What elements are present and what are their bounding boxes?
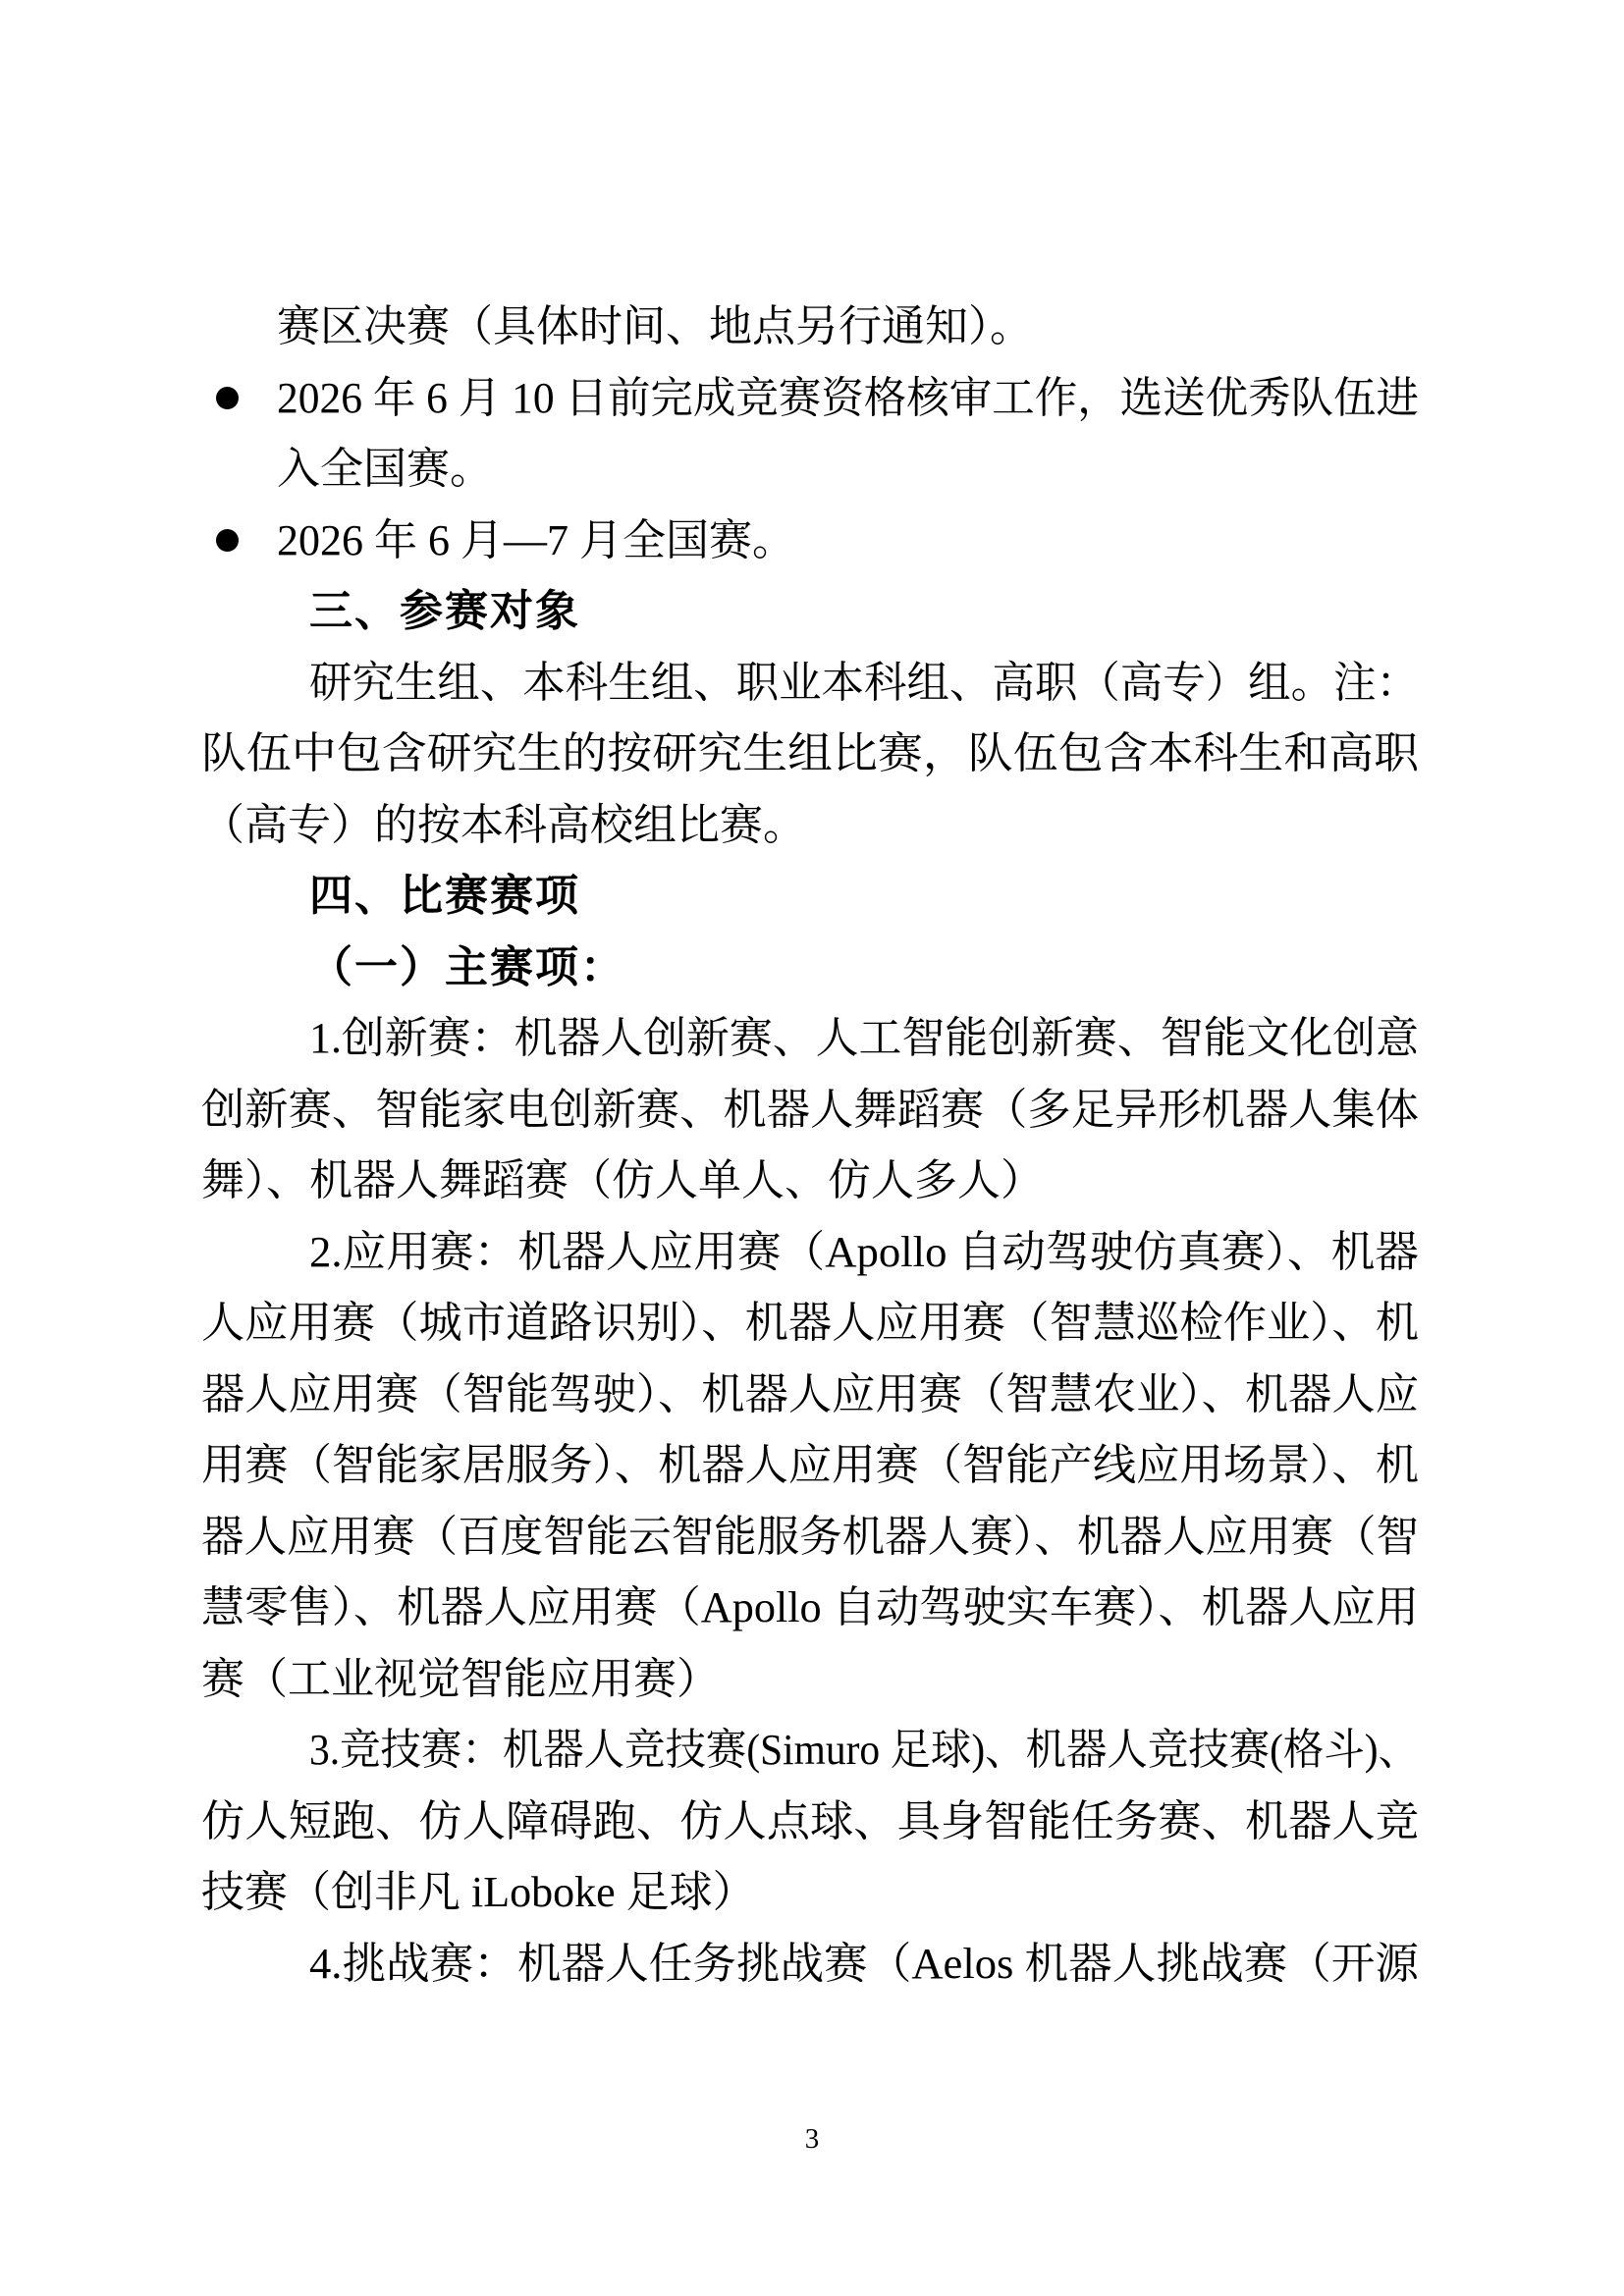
line-text: 器人应用赛（百度智能云智能服务机器人赛）、机器人应用赛（智 <box>201 1502 1419 1574</box>
line-text: 舞）、机器人舞蹈赛（仿人单人、仿人多人） <box>201 1146 1044 1217</box>
line-text: （高专）的按本科高校组比赛。 <box>201 790 806 862</box>
text-line: 舞）、机器人舞蹈赛（仿人单人、仿人多人） <box>201 1146 1419 1217</box>
document-page: 赛区决赛（具体时间、地点另行通知）。2026 年 6 月 10 日前完成竞赛资格… <box>0 0 1624 2296</box>
line-text: 四、比赛赛项 <box>309 861 580 933</box>
line-text: 2026 年 6 月 10 日前完成竞赛资格核审工作，选送优秀队伍进 <box>277 363 1419 435</box>
line-text: 用赛（智能家居服务）、机器人应用赛（智能产线应用场景）、机 <box>201 1430 1419 1502</box>
text-line: 赛（工业视觉智能应用赛） <box>201 1644 1419 1716</box>
line-text: 研究生组、本科生组、职业本科组、高职（高专）组。注： <box>309 648 1419 720</box>
document-body: 赛区决赛（具体时间、地点另行通知）。2026 年 6 月 10 日前完成竞赛资格… <box>201 292 1419 2000</box>
section-heading: （一）主赛项： <box>201 933 1419 1004</box>
text-line: 人应用赛（城市道路识别）、机器人应用赛（智慧巡检作业）、机 <box>201 1288 1419 1360</box>
line-text: 仿人短跑、仿人障碍跑、仿人点球、具身智能任务赛、机器人竞 <box>201 1787 1419 1858</box>
text-line: 器人应用赛（百度智能云智能服务机器人赛）、机器人应用赛（智 <box>201 1502 1419 1574</box>
section-heading: 三、参赛对象 <box>201 576 1419 648</box>
bullet-icon <box>216 529 239 552</box>
line-text: 三、参赛对象 <box>309 576 580 648</box>
text-line: 1.创新赛：机器人创新赛、人工智能创新赛、智能文化创意 <box>201 1003 1419 1075</box>
text-line: 2026 年 6 月—7 月全国赛。 <box>201 506 1419 577</box>
line-text: （一）主赛项： <box>309 933 625 1004</box>
bullet-icon <box>216 387 239 409</box>
text-line: 4.挑战赛：机器人任务挑战赛（Aelos 机器人挑战赛（开源 <box>201 1929 1419 2001</box>
text-line: 2026 年 6 月 10 日前完成竞赛资格核审工作，选送优秀队伍进 <box>201 363 1419 435</box>
text-line: 队伍中包含研究生的按研究生组比赛，队伍包含本科生和高职 <box>201 719 1419 790</box>
text-line: 用赛（智能家居服务）、机器人应用赛（智能产线应用场景）、机 <box>201 1430 1419 1502</box>
line-text: 队伍中包含研究生的按研究生组比赛，队伍包含本科生和高职 <box>201 719 1419 790</box>
text-line: 入全国赛。 <box>201 434 1419 506</box>
line-text: 技赛（创非凡 iLoboke 足球） <box>201 1857 756 1929</box>
line-text: 3.竞技赛：机器人竞技赛(Simuro 足球)、机器人竞技赛(格斗)、 <box>309 1715 1419 1787</box>
text-line: 赛区决赛（具体时间、地点另行通知）。 <box>201 292 1419 363</box>
text-line: （高专）的按本科高校组比赛。 <box>201 790 1419 862</box>
text-line: 慧零售）、机器人应用赛（Apollo 自动驾驶实车赛）、机器人应用 <box>201 1573 1419 1644</box>
section-heading: 四、比赛赛项 <box>201 861 1419 933</box>
line-text: 创新赛、智能家电创新赛、机器人舞蹈赛（多足异形机器人集体 <box>201 1075 1419 1147</box>
text-line: 3.竞技赛：机器人竞技赛(Simuro 足球)、机器人竞技赛(格斗)、 <box>201 1715 1419 1787</box>
text-line: 研究生组、本科生组、职业本科组、高职（高专）组。注： <box>201 648 1419 720</box>
line-text: 人应用赛（城市道路识别）、机器人应用赛（智慧巡检作业）、机 <box>201 1288 1419 1360</box>
line-text: 1.创新赛：机器人创新赛、人工智能创新赛、智能文化创意 <box>309 1003 1419 1075</box>
text-line: 仿人短跑、仿人障碍跑、仿人点球、具身智能任务赛、机器人竞 <box>201 1787 1419 1858</box>
text-line: 器人应用赛（智能驾驶）、机器人应用赛（智慧农业）、机器人应 <box>201 1360 1419 1431</box>
text-line: 技赛（创非凡 iLoboke 足球） <box>201 1857 1419 1929</box>
line-text: 赛区决赛（具体时间、地点另行通知）。 <box>277 292 1033 363</box>
line-text: 4.挑战赛：机器人任务挑战赛（Aelos 机器人挑战赛（开源 <box>309 1929 1419 2001</box>
text-line: 创新赛、智能家电创新赛、机器人舞蹈赛（多足异形机器人集体 <box>201 1075 1419 1147</box>
line-text: 器人应用赛（智能驾驶）、机器人应用赛（智慧农业）、机器人应 <box>201 1360 1419 1431</box>
line-text: 2026 年 6 月—7 月全国赛。 <box>277 506 795 577</box>
text-line: 2.应用赛：机器人应用赛（Apollo 自动驾驶仿真赛）、机器 <box>201 1217 1419 1289</box>
line-text: 入全国赛。 <box>277 434 493 506</box>
page-number: 3 <box>0 2118 1624 2160</box>
line-text: 慧零售）、机器人应用赛（Apollo 自动驾驶实车赛）、机器人应用 <box>201 1573 1419 1644</box>
line-text: 赛（工业视觉智能应用赛） <box>201 1644 720 1716</box>
line-text: 2.应用赛：机器人应用赛（Apollo 自动驾驶仿真赛）、机器 <box>309 1217 1419 1289</box>
